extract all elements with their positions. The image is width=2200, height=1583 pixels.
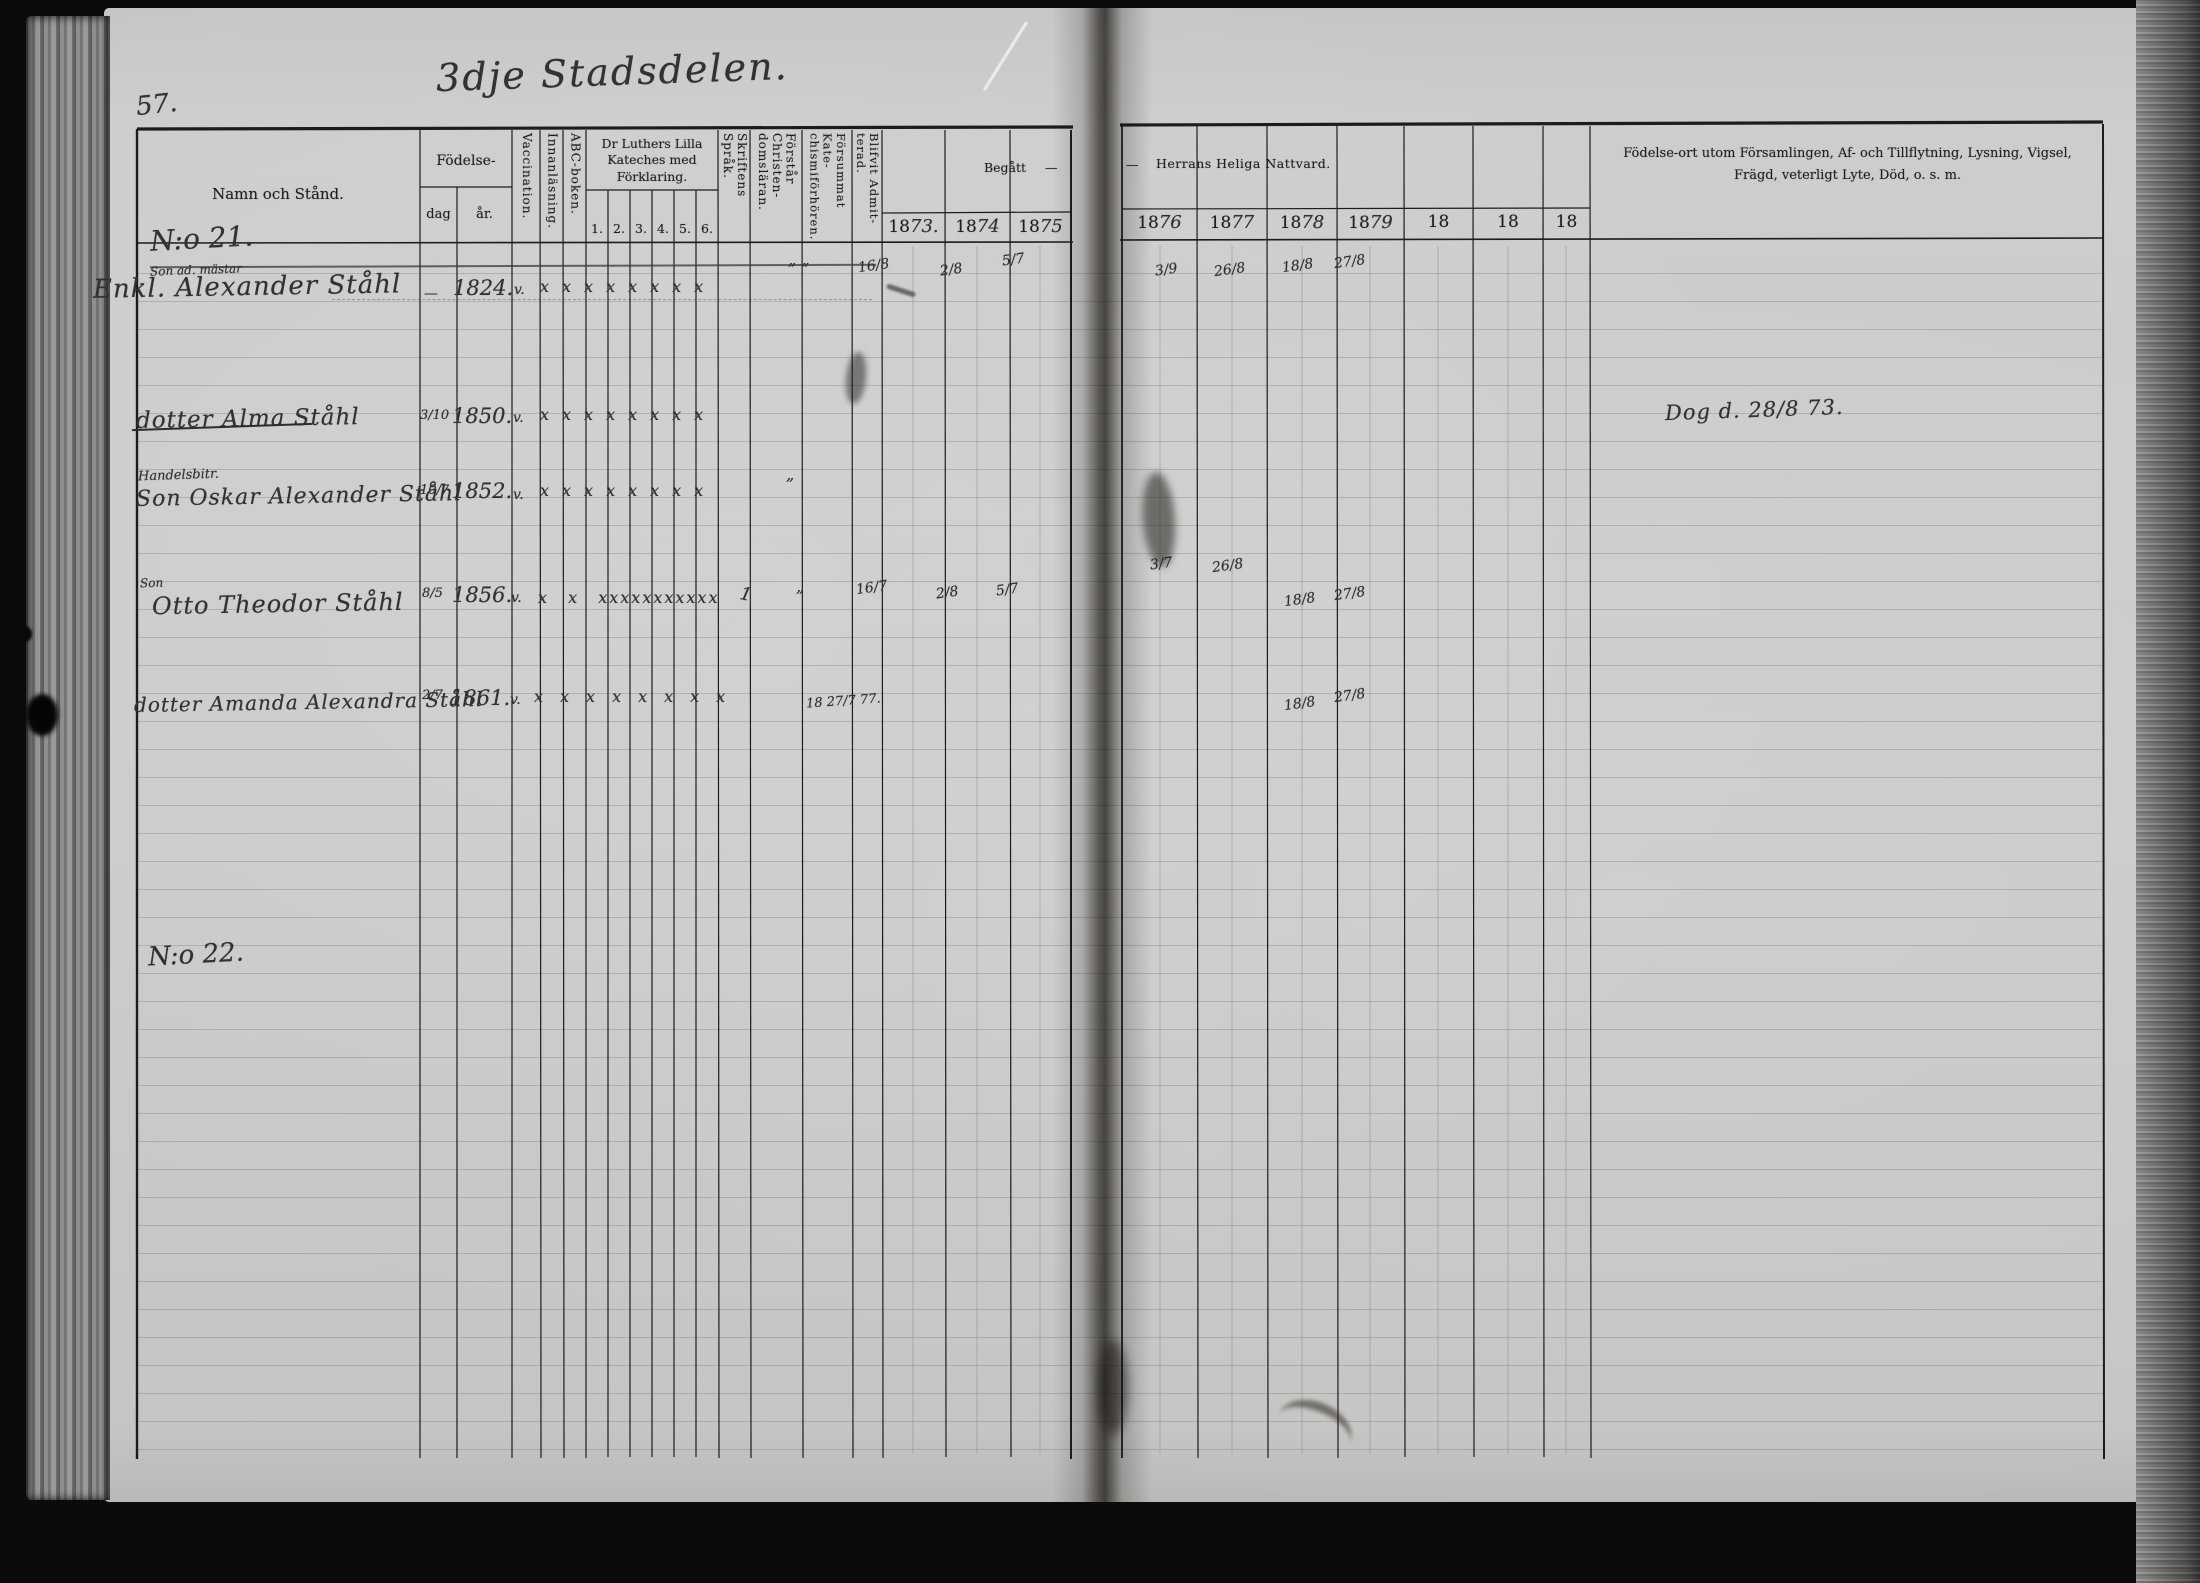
row4-communion-1874: 2/8 <box>935 584 960 603</box>
header-notes-line1: Födelse-ort utom Församlingen, Af- och T… <box>1592 146 2103 161</box>
row5-birth-year: 1861. <box>450 686 510 710</box>
header-admitted: Blifvit Admit- terad. <box>852 133 882 239</box>
row4-communion-1875: 5/7 <box>995 581 1020 600</box>
year-head-1873: 1873. <box>882 216 945 237</box>
row5-birth-day: 2/7 <box>422 688 443 703</box>
header-communion-dash-1: — <box>1045 160 1058 175</box>
row1-birth-year: 1824. <box>453 276 513 300</box>
row1-name-dotted-line <box>332 299 872 300</box>
row3-birth-day: 10/7 <box>420 483 449 498</box>
row2-birth-year: 1850. <box>452 404 512 428</box>
row3-vaccination-mark: v. <box>513 487 524 503</box>
row2-exam-marks: xxxxxxxx <box>540 405 716 424</box>
row2-birth-day: 3/10 <box>420 408 449 423</box>
entry-number-22: N:o 22. <box>147 938 244 973</box>
entry-number-21: N:o 21. <box>149 219 254 257</box>
row5-vaccination-mark: v. <box>510 692 521 708</box>
row1-exam-marks: xxxxxxxx <box>540 277 716 296</box>
year-head-1874: 1874 <box>945 216 1010 237</box>
header-understands: Förstår Christen- domsläran. <box>750 133 802 239</box>
header-notes-line2: Frägd, veterligt Lyte, Död, o. s. m. <box>1592 168 2103 183</box>
row3-ditto-mark: „ <box>786 465 794 484</box>
row1-communion-1874: 2/8 <box>939 261 964 280</box>
book-scan: 57. 3dje Stadsdelen. Namn och Stånd. Föd… <box>0 0 2200 1583</box>
year-head-1878: 1878 <box>1267 212 1337 233</box>
header-communion-dash-2: — <box>1126 157 1139 172</box>
page-number: 57. <box>135 88 179 122</box>
header-catechism: Dr Luthers Lilla Kateches med Förklaring… <box>586 136 718 185</box>
row2-vaccination-mark: v. <box>513 410 524 426</box>
table-gridlines <box>0 0 2200 1583</box>
year-head-blank-1: 18 <box>1404 212 1473 232</box>
row4-birth-day: 8/5 <box>422 586 443 601</box>
header-reading: Innanläsning. <box>540 133 563 239</box>
row4-name: Otto Theodor Ståhl <box>152 588 404 620</box>
catechism-col-5: 5. <box>674 221 696 236</box>
row4-communion-1876: 3/7 <box>1149 555 1174 574</box>
catechism-col-4: 4. <box>652 221 674 236</box>
catechism-col-2: 2. <box>608 221 630 236</box>
catechism-col-1: 1. <box>586 221 608 236</box>
header-vaccination: Vaccination. <box>512 133 540 239</box>
header-birth: Födelse- <box>420 153 512 169</box>
row1-communion-1876: 3/9 <box>1154 261 1179 280</box>
year-head-blank-2: 18 <box>1473 212 1543 232</box>
header-abc-book: ABC-boken. <box>563 133 586 239</box>
row3-birth-year: 1852. <box>452 479 512 503</box>
catechism-col-6: 6. <box>696 221 718 236</box>
year-head-blank-3: 18 <box>1543 212 1590 232</box>
year-head-1879: 1879 <box>1337 212 1404 233</box>
header-scripture: Skriftens Språk. <box>718 133 750 239</box>
header-communion-post: Herrans Heliga Nattvard. <box>1156 156 1331 171</box>
row3-exam-marks: xxxxxxxx <box>540 481 716 500</box>
row4-exam-marks: x x xxxxxxxxxxx <box>538 588 719 607</box>
header-name-col: Namn och Stånd. <box>178 185 378 203</box>
row4-ditto-mark: „ <box>796 577 804 596</box>
catechism-col-3: 3. <box>630 221 652 236</box>
row5-exam-marks: xxxxxxxx <box>534 687 742 706</box>
header-missed-catechism: Försummat Kate- chismiförhören. <box>802 133 852 239</box>
header-birth-year: år. <box>457 207 512 222</box>
row4-occupation: Son <box>140 576 164 591</box>
year-head-1876: 1876 <box>1122 212 1197 233</box>
row1-communion-1875: 5/7 <box>1001 251 1026 270</box>
header-communion-pre: Begått <box>965 160 1045 175</box>
year-head-1877: 1877 <box>1197 212 1267 233</box>
row4-vaccination-mark: v. <box>511 590 522 606</box>
year-head-1875: 1875 <box>1010 216 1071 237</box>
row1-vaccination-mark: v. <box>514 282 525 298</box>
header-birth-day: dag <box>420 207 457 222</box>
row1-ditto-marks: „ „ <box>788 250 810 269</box>
row1-birth-day: — <box>424 286 438 302</box>
row4-birth-year: 1856. <box>452 583 512 607</box>
row3-occupation: Handelsbitr. <box>138 467 219 485</box>
